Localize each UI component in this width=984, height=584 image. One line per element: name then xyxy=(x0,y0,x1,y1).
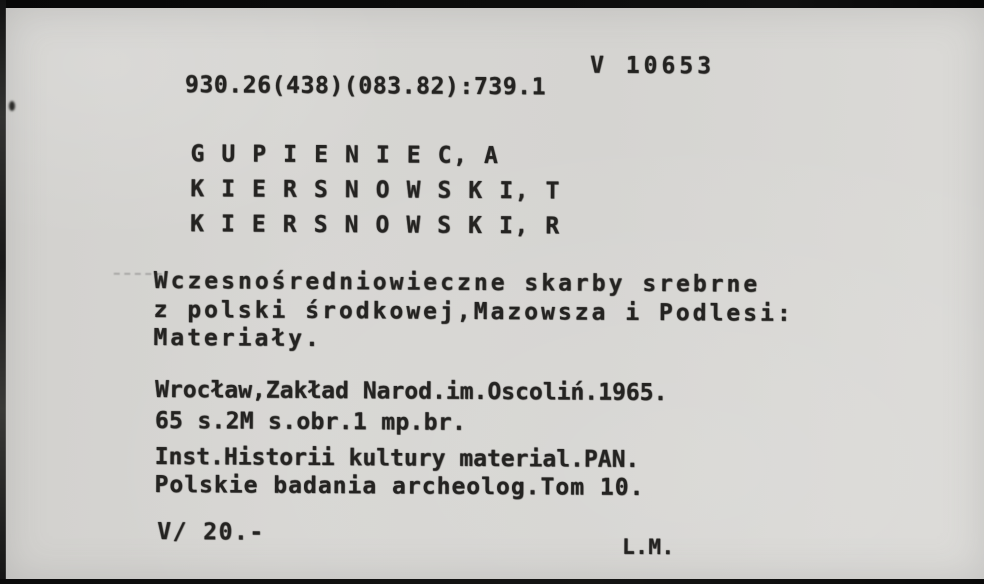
title-line: Materiały. xyxy=(153,327,322,351)
cataloger-initials: L.M. xyxy=(622,537,675,558)
author-line: G U P I E N I E C, A xyxy=(190,143,499,168)
author-line: K I E R S N O W S K I, R xyxy=(190,213,561,238)
imprint-line: Polskie badania archeolog.Tom 10. xyxy=(154,474,644,500)
author-line: K I E R S N O W S K I, T xyxy=(190,178,561,203)
imprint-line: 65 s.2M s.obr.1 mp.br. xyxy=(155,410,466,435)
title-line: z polski środkowej,Mazowsza i Podlesi: xyxy=(154,299,794,326)
scan-edge-bottom xyxy=(0,579,984,584)
catalog-card: V 10653 930.26(438)(083.82):739.1 G U P … xyxy=(5,7,984,580)
accession-number: V 10653 xyxy=(590,55,715,79)
imprint-line: Inst.Historii kultury material.PAN. xyxy=(155,446,640,472)
scan-edge-top xyxy=(0,0,984,8)
scanned-catalog-card: V 10653 930.26(438)(083.82):739.1 G U P … xyxy=(0,0,984,584)
classification-number: 930.26(438)(083.82):739.1 xyxy=(185,74,546,99)
scan-edge-left xyxy=(0,0,6,584)
imprint-line: Wrocław,Zakład Narod.im.Oscoliń.1965. xyxy=(155,379,667,405)
title-line: Wczesnośredniowieczne skarby srebrne xyxy=(154,270,761,297)
typewritten-content: V 10653 930.26(438)(083.82):739.1 G U P … xyxy=(2,6,984,584)
scan-artifact xyxy=(9,101,15,111)
price-note: V/ 20.- xyxy=(157,521,265,545)
